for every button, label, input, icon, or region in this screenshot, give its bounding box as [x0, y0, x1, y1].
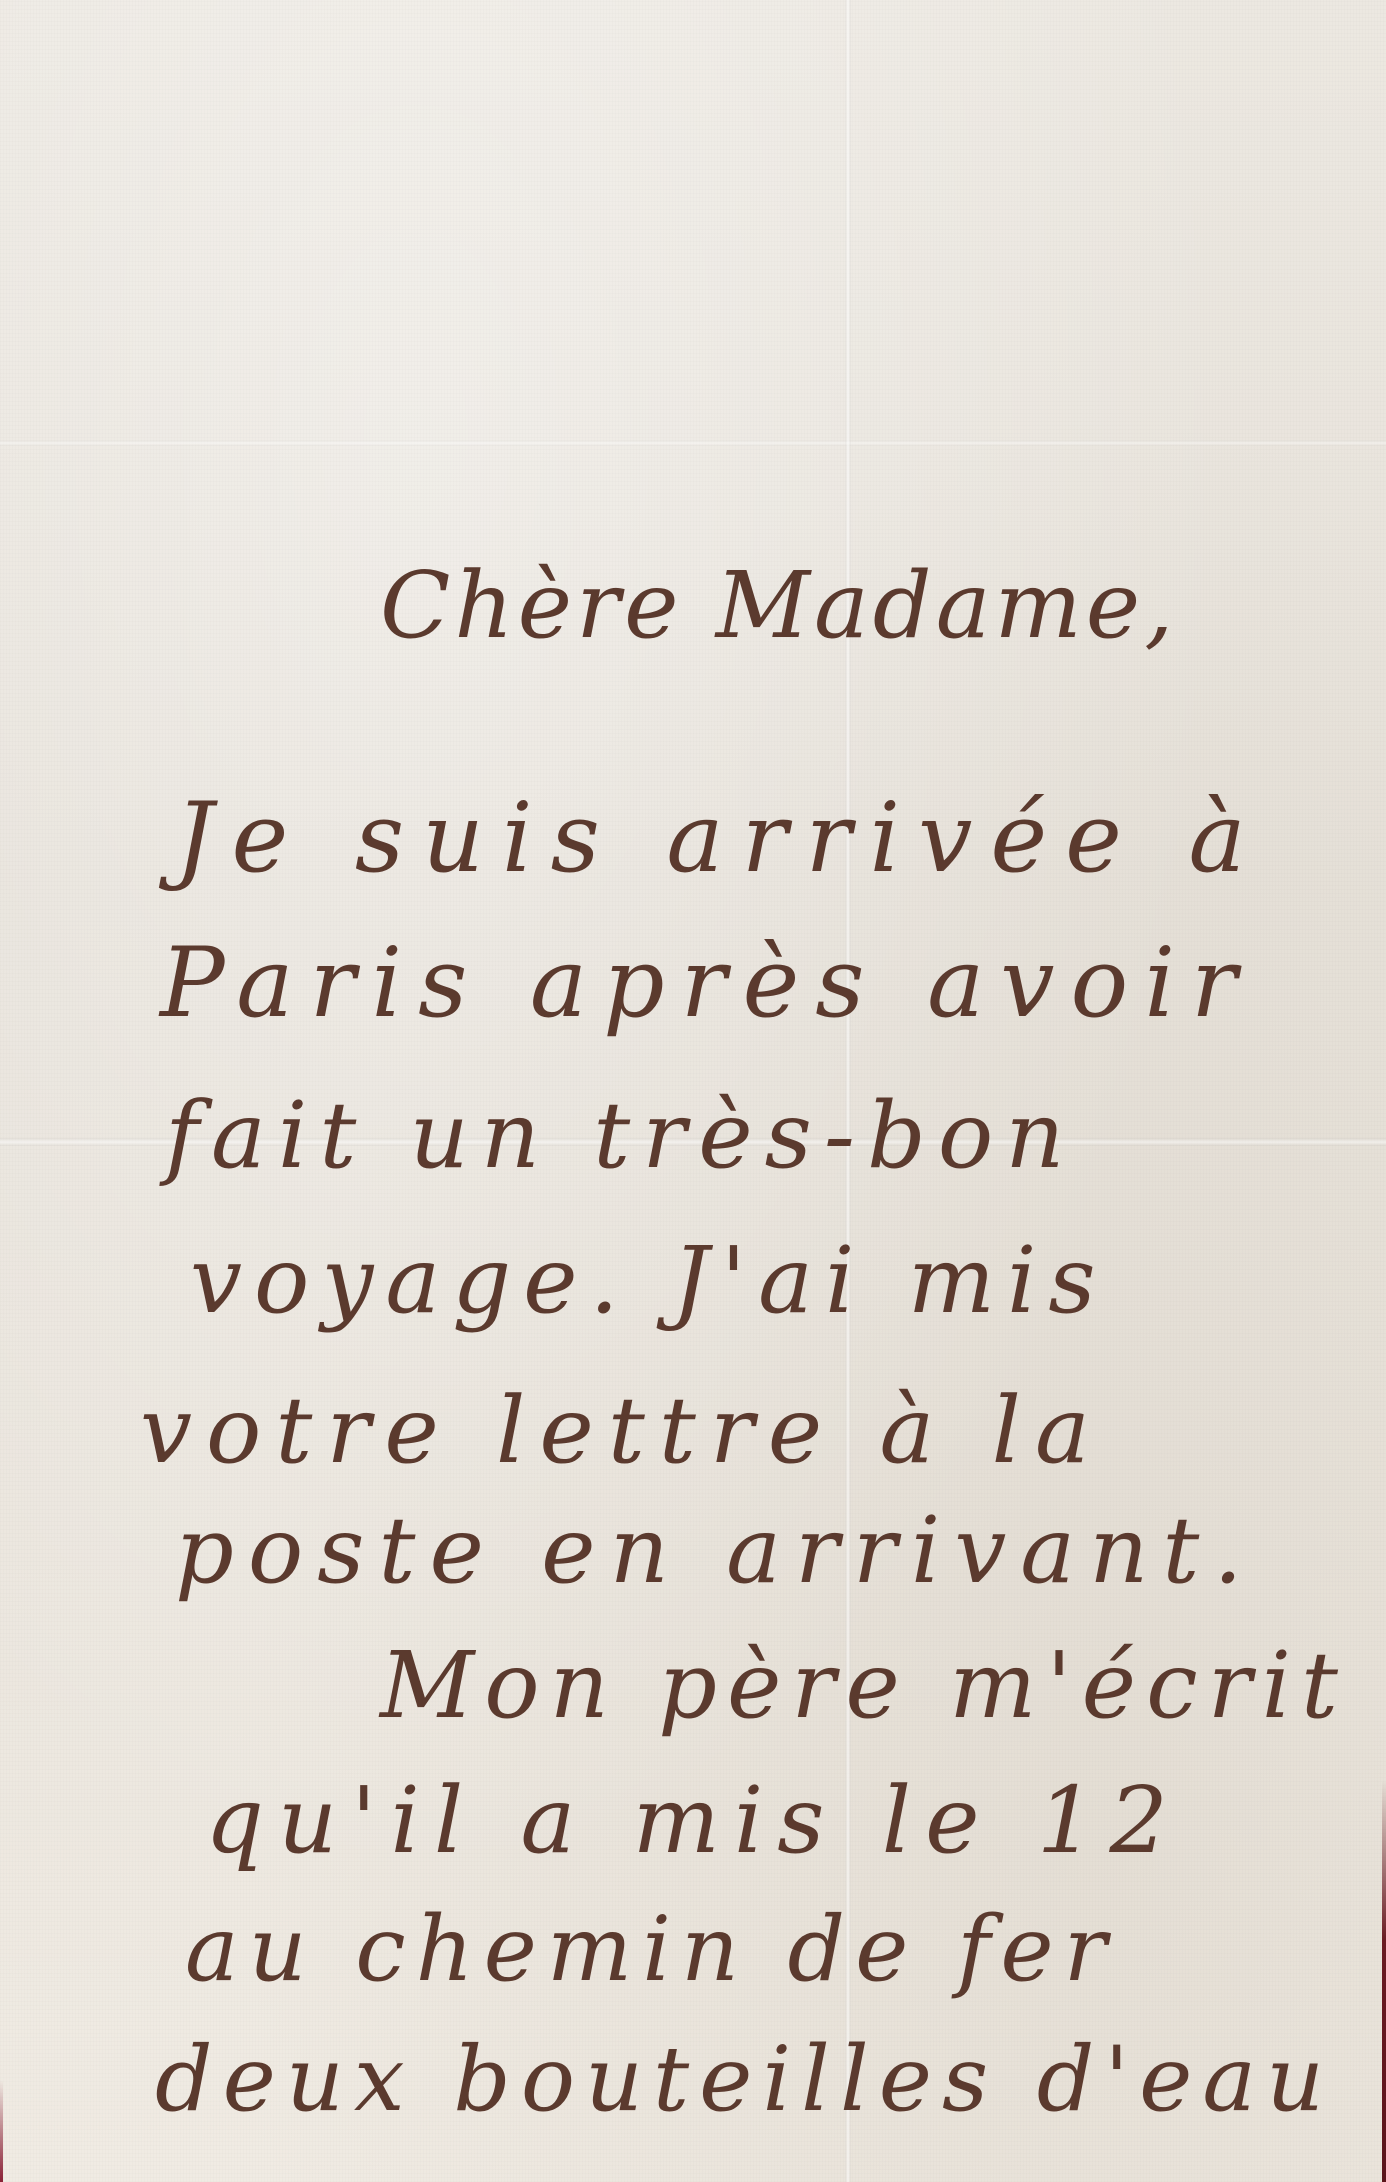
letter-line-7: Mon père m'écrit [380, 1640, 1348, 1732]
letter-line-2: Paris après avoir [160, 935, 1253, 1031]
salutation: Chère Madame, [380, 560, 1177, 652]
letter-paper: Chère Madame, Je suis arrivée à Paris ap… [0, 0, 1386, 2182]
letter-line-5: votre lettre à la [140, 1385, 1104, 1477]
letter-line-4: voyage. J'ai mis [190, 1235, 1108, 1327]
right-edge-backing [1382, 1780, 1386, 2182]
letter-line-10: deux bouteilles d'eau [155, 2035, 1334, 2125]
upper-fold-line [0, 440, 1386, 446]
letter-line-1: Je suis arrivée à [175, 790, 1264, 886]
letter-line-9: au chemin de fer [185, 1905, 1117, 1995]
letter-line-6: poste en arrivant. [175, 1505, 1257, 1597]
letter-line-3: fait un très-bon [165, 1090, 1077, 1182]
left-edge-backing [0, 2080, 3, 2182]
letter-line-8: qu'il a mis le 12 [205, 1775, 1182, 1867]
